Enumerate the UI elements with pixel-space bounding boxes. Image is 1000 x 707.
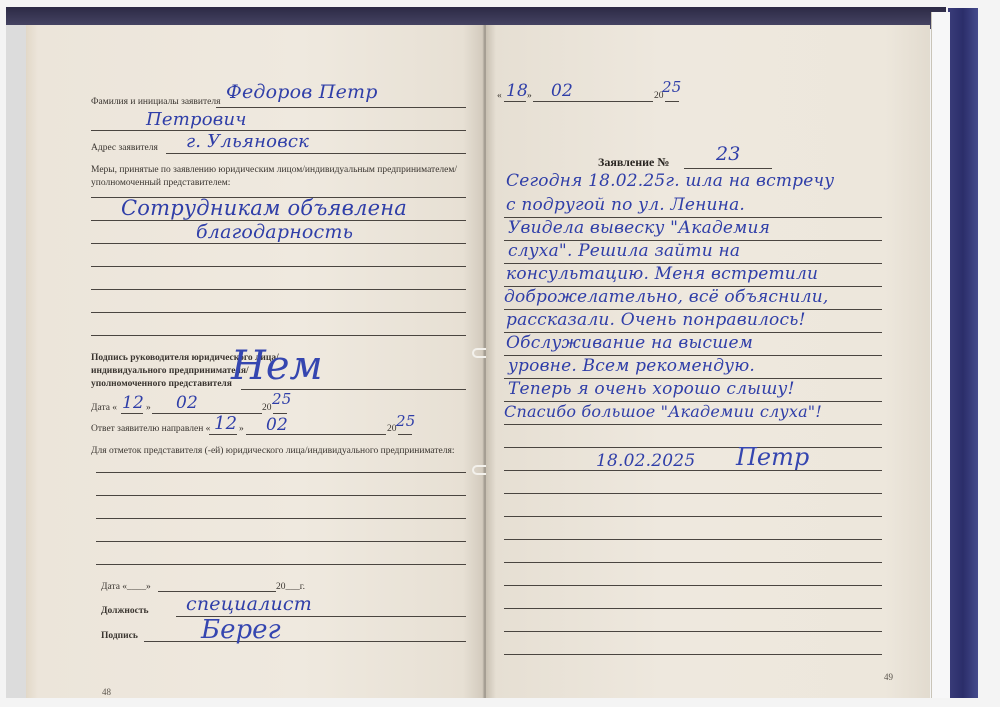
reply-year-suffix: 25	[396, 412, 416, 430]
body-line-16	[504, 562, 882, 563]
signature-label: Подпись	[101, 631, 138, 641]
measures-line-6	[91, 312, 466, 313]
reply-month: 02	[266, 415, 288, 435]
book-cover-spine	[948, 8, 978, 698]
body-line-10	[504, 424, 882, 425]
address-line	[166, 153, 466, 154]
sign-date: 18.02.2025	[596, 451, 695, 471]
applicant-name-value-2: Петрович	[146, 109, 247, 130]
date-year-suffix: 25	[272, 390, 292, 408]
reply-year-line	[398, 434, 412, 435]
body-text-4: слуха". Решила зайти на	[508, 241, 740, 261]
reply-label: Ответ заявителю направлен «	[91, 424, 210, 434]
body-line-19	[504, 631, 882, 632]
body-text-3: Увидела вывеску "Академия	[508, 218, 770, 238]
applicant-signature: Петр	[736, 443, 809, 471]
employee-signature: Берег	[201, 615, 281, 645]
applicant-name-value: Федоров Петр	[226, 81, 378, 103]
statement-number: 23	[716, 143, 741, 165]
body-line-20	[504, 654, 882, 655]
measures-label-2: уполномоченный представителем:	[91, 178, 230, 188]
date-month-line	[152, 413, 262, 414]
page-number-right: 49	[884, 672, 893, 682]
signature-line	[144, 641, 466, 642]
reply-day-line	[209, 434, 237, 435]
page-number-left: 48	[102, 687, 111, 697]
notes-label: Для отметок представителя (-ей) юридичес…	[91, 446, 455, 456]
measures-line-7	[91, 335, 466, 336]
measures-value-2: благодарность	[196, 221, 353, 243]
header-date-year-line	[665, 101, 679, 102]
header-date-day: 18	[506, 81, 528, 101]
header-date-day-line	[504, 101, 526, 102]
header-date-close-quote: »	[527, 91, 532, 101]
body-text-7: рассказали. Очень понравилось!	[506, 310, 806, 330]
head-signature: Нем	[231, 343, 323, 389]
body-line-18	[504, 608, 882, 609]
head-signature-label-3: уполномоченного представителя	[91, 379, 232, 389]
header-date-open-quote: «	[497, 91, 502, 101]
header-date-month-line	[533, 101, 653, 102]
position-label: Должность	[101, 606, 149, 616]
head-signature-label-2: индивидуального предпринимателя/	[91, 366, 249, 376]
header-date-year-suffix: 25	[662, 78, 682, 96]
date-quote: »	[146, 403, 151, 413]
header-date-month: 02	[551, 81, 573, 101]
notes-line-4	[96, 541, 466, 542]
date-label: Дата «	[91, 403, 117, 413]
date-day-line	[121, 413, 143, 414]
measures-line-5	[91, 289, 466, 290]
right-page: « 18 » 02 20 25 Заявление № 23 Сегодня 1…	[486, 25, 930, 698]
measures-label-1: Меры, принятые по заявлению юридическим …	[91, 165, 457, 175]
page-edge-strip	[931, 12, 950, 698]
measures-line-3	[91, 243, 466, 244]
body-line-17	[504, 585, 882, 586]
date-month: 02	[176, 393, 198, 413]
address-label: Адрес заявителя	[91, 143, 158, 153]
position-value: специалист	[186, 593, 312, 615]
body-line-15	[504, 539, 882, 540]
reply-day: 12	[214, 413, 237, 434]
notes-line-1	[96, 472, 466, 473]
address-value: г. Ульяновск	[186, 131, 309, 152]
body-text-6: доброжелательно, всё объяснили,	[504, 287, 828, 307]
bottom-date-label: Дата «____»	[101, 582, 151, 592]
body-text-10: Теперь я очень хорошо слышу!	[508, 379, 795, 399]
page-stack-edge	[6, 25, 28, 698]
body-text-11: Спасибо большое "Академии слуха"!	[504, 402, 822, 421]
applicant-name-label: Фамилия и инициалы заявителя	[91, 97, 220, 107]
bottom-date-line	[158, 591, 276, 592]
statement-number-line	[684, 168, 772, 169]
date-year-prefix: 20	[262, 403, 272, 413]
statement-title: Заявление №	[598, 155, 669, 170]
body-line-11	[504, 447, 882, 448]
left-page: Фамилия и инициалы заявителя Федоров Пет…	[26, 25, 486, 698]
body-text-5: консультацию. Меня встретили	[506, 264, 818, 284]
body-line-14	[504, 516, 882, 517]
notes-line-2	[96, 495, 466, 496]
date-year-line	[273, 413, 287, 414]
applicant-name-line	[216, 107, 466, 108]
body-text-1: Сегодня 18.02.25г. шла на встречу	[506, 171, 834, 191]
body-text-9: уровне. Всем рекомендую.	[508, 356, 755, 376]
notes-line-5	[96, 564, 466, 565]
reply-quote: »	[239, 424, 244, 434]
measures-value-1: Сотрудникам объявлена	[121, 196, 407, 220]
date-day: 12	[122, 393, 144, 413]
body-line-13	[504, 493, 882, 494]
body-text-2: с подругой по ул. Ленина.	[506, 195, 745, 215]
bottom-date-year: 20___г.	[276, 582, 305, 592]
body-text-8: Обслуживание на высшем	[506, 333, 753, 353]
notes-line-3	[96, 518, 466, 519]
measures-line-4	[91, 266, 466, 267]
